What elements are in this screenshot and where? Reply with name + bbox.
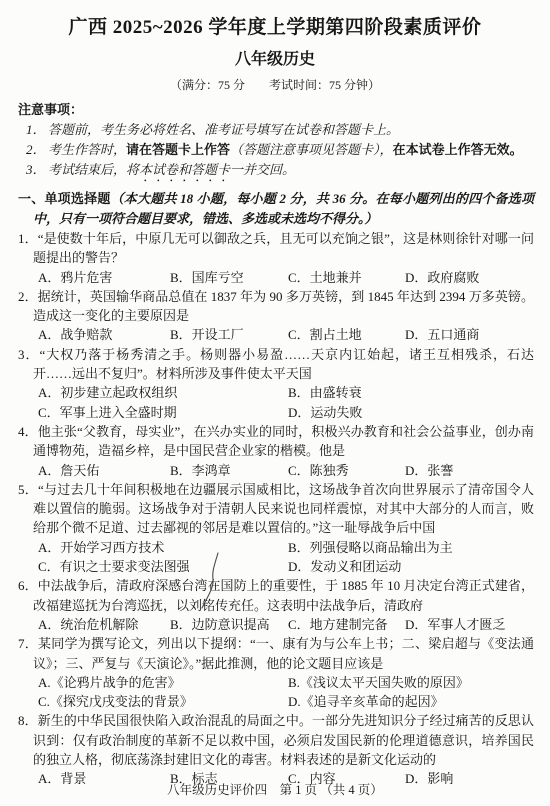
section-heading: 一、单项选择题（本大题共 18 小题，每小题 2 分，共 36 分。在每小题列出… bbox=[0, 189, 550, 229]
option: D．政府腐败 bbox=[405, 268, 540, 287]
notice-item-text: 考生作答时， bbox=[48, 142, 126, 157]
option: D．五口通商 bbox=[405, 325, 540, 344]
question: 1．“是使数十年后，中原几无可以御敌之兵，且无可以充饷之银”，这是林则徐针对哪一… bbox=[0, 229, 550, 287]
question-text: 某同学为撰写论文，列出以下提纲：“一、康有为与公车上书；二、梁启超与《变法通议》… bbox=[33, 636, 534, 670]
question-stem: 7．某同学为撰写论文，列出以下提纲：“一、康有为与公车上书；二、梁启超与《变法通… bbox=[0, 634, 550, 673]
question-stem: 2．据统计，英国输华商品总值在 1837 年为 90 多万英镑，到 1845 年… bbox=[0, 287, 550, 326]
option: C．陈独秀 bbox=[288, 461, 405, 480]
option: C．土地兼并 bbox=[288, 268, 405, 287]
exam-paper-page: 广西 2025~2026 学年度上学期第四阶段素质评价 八年级历史 （满分：75… bbox=[0, 0, 550, 806]
question: 2．据统计，英国输华商品总值在 1837 年为 90 多万英镑，到 1845 年… bbox=[0, 287, 550, 345]
question-text: 据统计，英国输华商品总值在 1837 年为 90 多万英镑，到 1845 年达到… bbox=[33, 289, 534, 323]
notice-item-text: 在本试卷上作答无效。 bbox=[393, 142, 523, 157]
question-stem: 4．他主张“父教育，母实业”，在兴办实业的同时，积极兴办教育和社会公益事业，创办… bbox=[0, 422, 550, 461]
notice-item-number: 2． bbox=[26, 140, 46, 160]
option: A.《论鸦片战争的危害》 bbox=[38, 673, 288, 692]
question-text: “与过去几十年间积极地在边疆展示国威相比，这场战争首次向世界展示了清帝国令人难以… bbox=[33, 482, 534, 536]
question-stem: 8．新生的中华民国很快陷入政治混乱的局面之中。一部分先进知识分子经过痛苦的反思认… bbox=[0, 711, 550, 769]
notice-item-number: 1． bbox=[26, 120, 46, 140]
option: A．鸦片危害 bbox=[38, 268, 170, 287]
option: B．由盛转衰 bbox=[288, 383, 540, 402]
option: A．詹天佑 bbox=[38, 461, 170, 480]
question-stem: 6．中法战争后，清政府深感台湾在国防上的重要性，于 1885 年 10 月决定台… bbox=[0, 576, 550, 615]
notice-item: 2．考生作答时，请在答题卡上作答（答题注意事项见答题卡），在本试卷上作答无效。 bbox=[18, 140, 534, 160]
option-row: A．鸦片危害B．国库亏空C．土地兼并D．政府腐败 bbox=[38, 268, 540, 287]
section-label: 一、单项选择题 bbox=[18, 191, 111, 206]
option: D.《追寻辛亥革命的起因》 bbox=[288, 692, 540, 711]
question-number: 6． bbox=[18, 578, 38, 593]
question-stem: 1．“是使数十年后，中原几无可以御敌之兵，且无可以充饷之银”，这是林则徐针对哪一… bbox=[0, 229, 550, 268]
question-number: 2． bbox=[18, 289, 38, 304]
notice-item-text: 本试卷和答题卡 bbox=[139, 162, 230, 177]
option: A．统治危机解除 bbox=[38, 615, 170, 634]
notice-item-text: 考试结束后，将 bbox=[48, 162, 139, 177]
option-row: A.《论鸦片战争的危害》B.《浅议太平天国失败的原因》C.《探究戊戌变法的背景》… bbox=[38, 673, 540, 712]
question-number: 1． bbox=[18, 231, 38, 246]
notice-item-number: 3． bbox=[26, 160, 46, 180]
option: B．国库亏空 bbox=[170, 268, 288, 287]
option-row: A．开始学习西方技术B．列强侵略以商品输出为主C．有识之士要求变法图强D．发动义… bbox=[38, 538, 540, 577]
question-stem: 3．“大权乃落于杨秀清之手。杨则器小易盈……天京内讧始起，诸王互相残杀，石达开…… bbox=[0, 345, 550, 384]
subject-title: 八年级历史 bbox=[0, 49, 550, 70]
question: 7．某同学为撰写论文，列出以下提纲：“一、康有为与公车上书；二、梁启超与《变法通… bbox=[0, 634, 550, 711]
notice-item-text: 请在答题卡上作答 bbox=[126, 142, 230, 157]
option: D．运动失败 bbox=[288, 403, 540, 422]
notice-items: 1．答题前，考生务必将姓名、准考证号填写在试卷和答题卡上。2．考生作答时，请在答… bbox=[18, 120, 534, 185]
option: A．初步建立起政权组织 bbox=[38, 383, 288, 402]
option: B.《浅议太平天国失败的原因》 bbox=[288, 673, 540, 692]
option: D．军事人才匮乏 bbox=[405, 615, 540, 634]
page-footer: 八年级历史评价四 第 1 页 （共 4 页） bbox=[0, 780, 550, 798]
option: B．边防意识提高 bbox=[170, 615, 288, 634]
question-number: 8． bbox=[18, 713, 38, 728]
question-text: 新生的中华民国很快陷入政治混乱的局面之中。一部分先进知识分子经过痛苦的反思认识到… bbox=[33, 713, 534, 767]
option: C．地方建制完备 bbox=[288, 615, 405, 634]
option: D．发动义和团运动 bbox=[288, 557, 540, 576]
notice-item-text: ， bbox=[380, 142, 393, 157]
question-number: 5． bbox=[18, 482, 38, 497]
option: D．张謇 bbox=[405, 461, 540, 480]
option-row: A．詹天佑B．李鸿章C．陈独秀D．张謇 bbox=[38, 461, 540, 480]
notice-section: 注意事项： 1．答题前，考生务必将姓名、准考证号填写在试卷和答题卡上。2．考生作… bbox=[0, 100, 550, 185]
option-row: A．战争赔款B．开设工厂C．割占土地D．五口通商 bbox=[38, 325, 540, 344]
option: B．李鸿章 bbox=[170, 461, 288, 480]
option: C．割占土地 bbox=[288, 325, 405, 344]
option: A．战争赔款 bbox=[38, 325, 170, 344]
question-number: 4． bbox=[18, 424, 38, 439]
question-list: 1．“是使数十年后，中原几无可以御敌之兵，且无可以充饷之银”，这是林则徐针对哪一… bbox=[0, 229, 550, 789]
page-title: 广西 2025~2026 学年度上学期第四阶段素质评价 bbox=[0, 0, 550, 40]
notice-item: 3．考试结束后，将本试卷和答题卡一并交回。 bbox=[18, 160, 534, 185]
exam-score-time-info: （满分：75 分 考试时间：75 分钟） bbox=[0, 77, 550, 93]
notice-item: 1．答题前，考生务必将姓名、准考证号填写在试卷和答题卡上。 bbox=[18, 120, 534, 140]
question: 8．新生的中华民国很快陷入政治混乱的局面之中。一部分先进知识分子经过痛苦的反思认… bbox=[0, 711, 550, 788]
question: 3．“大权乃落于杨秀清之手。杨则器小易盈……天京内讧始起，诸王互相残杀，石达开…… bbox=[0, 345, 550, 422]
notice-heading: 注意事项： bbox=[18, 100, 534, 120]
question-text: 中法战争后，清政府深感台湾在国防上的重要性，于 1885 年 10 月决定台湾正… bbox=[33, 578, 534, 612]
notice-item-text: 答题前，考生务必将姓名、准考证号填写在试卷和答题卡上。 bbox=[48, 122, 399, 137]
option: B．开设工厂 bbox=[170, 325, 288, 344]
option-row: A．统治危机解除B．边防意识提高C．地方建制完备D．军事人才匮乏 bbox=[38, 615, 540, 634]
question-text: “是使数十年后，中原几无可以御敌之兵，且无可以充饷之银”，这是林则徐针对哪一问题… bbox=[33, 231, 534, 265]
option: A．开始学习西方技术 bbox=[38, 538, 288, 557]
option: C.《探究戊戌变法的背景》 bbox=[38, 692, 288, 711]
question: 4．他主张“父教育，母实业”，在兴办实业的同时，积极兴办教育和社会公益事业，创办… bbox=[0, 422, 550, 480]
notice-item-text: 一并交回。 bbox=[230, 162, 295, 177]
question-number: 3． bbox=[18, 347, 39, 362]
option: C．有识之士要求变法图强 bbox=[38, 557, 288, 576]
option-row: A．初步建立起政权组织B．由盛转衰C．军事上进入全盛时期D．运动失败 bbox=[38, 383, 540, 422]
notice-item-text: （答题注意事项见答题卡） bbox=[230, 142, 380, 157]
option: C．军事上进入全盛时期 bbox=[38, 403, 288, 422]
option: B．列强侵略以商品输出为主 bbox=[288, 538, 540, 557]
question: 5．“与过去几十年间积极地在边疆展示国威相比，这场战争首次向世界展示了清帝国令人… bbox=[0, 480, 550, 576]
question-text: “大权乃落于杨秀清之手。杨则器小易盈……天京内讧始起，诸王互相残杀，石达开……远… bbox=[33, 347, 534, 381]
question: 6．中法战争后，清政府深感台湾在国防上的重要性，于 1885 年 10 月决定台… bbox=[0, 576, 550, 634]
question-stem: 5．“与过去几十年间积极地在边疆展示国威相比，这场战争首次向世界展示了清帝国令人… bbox=[0, 480, 550, 538]
question-text: 他主张“父教育，母实业”，在兴办实业的同时，积极兴办教育和社会公益事业，创办南通… bbox=[33, 424, 534, 458]
question-number: 7． bbox=[18, 636, 38, 651]
